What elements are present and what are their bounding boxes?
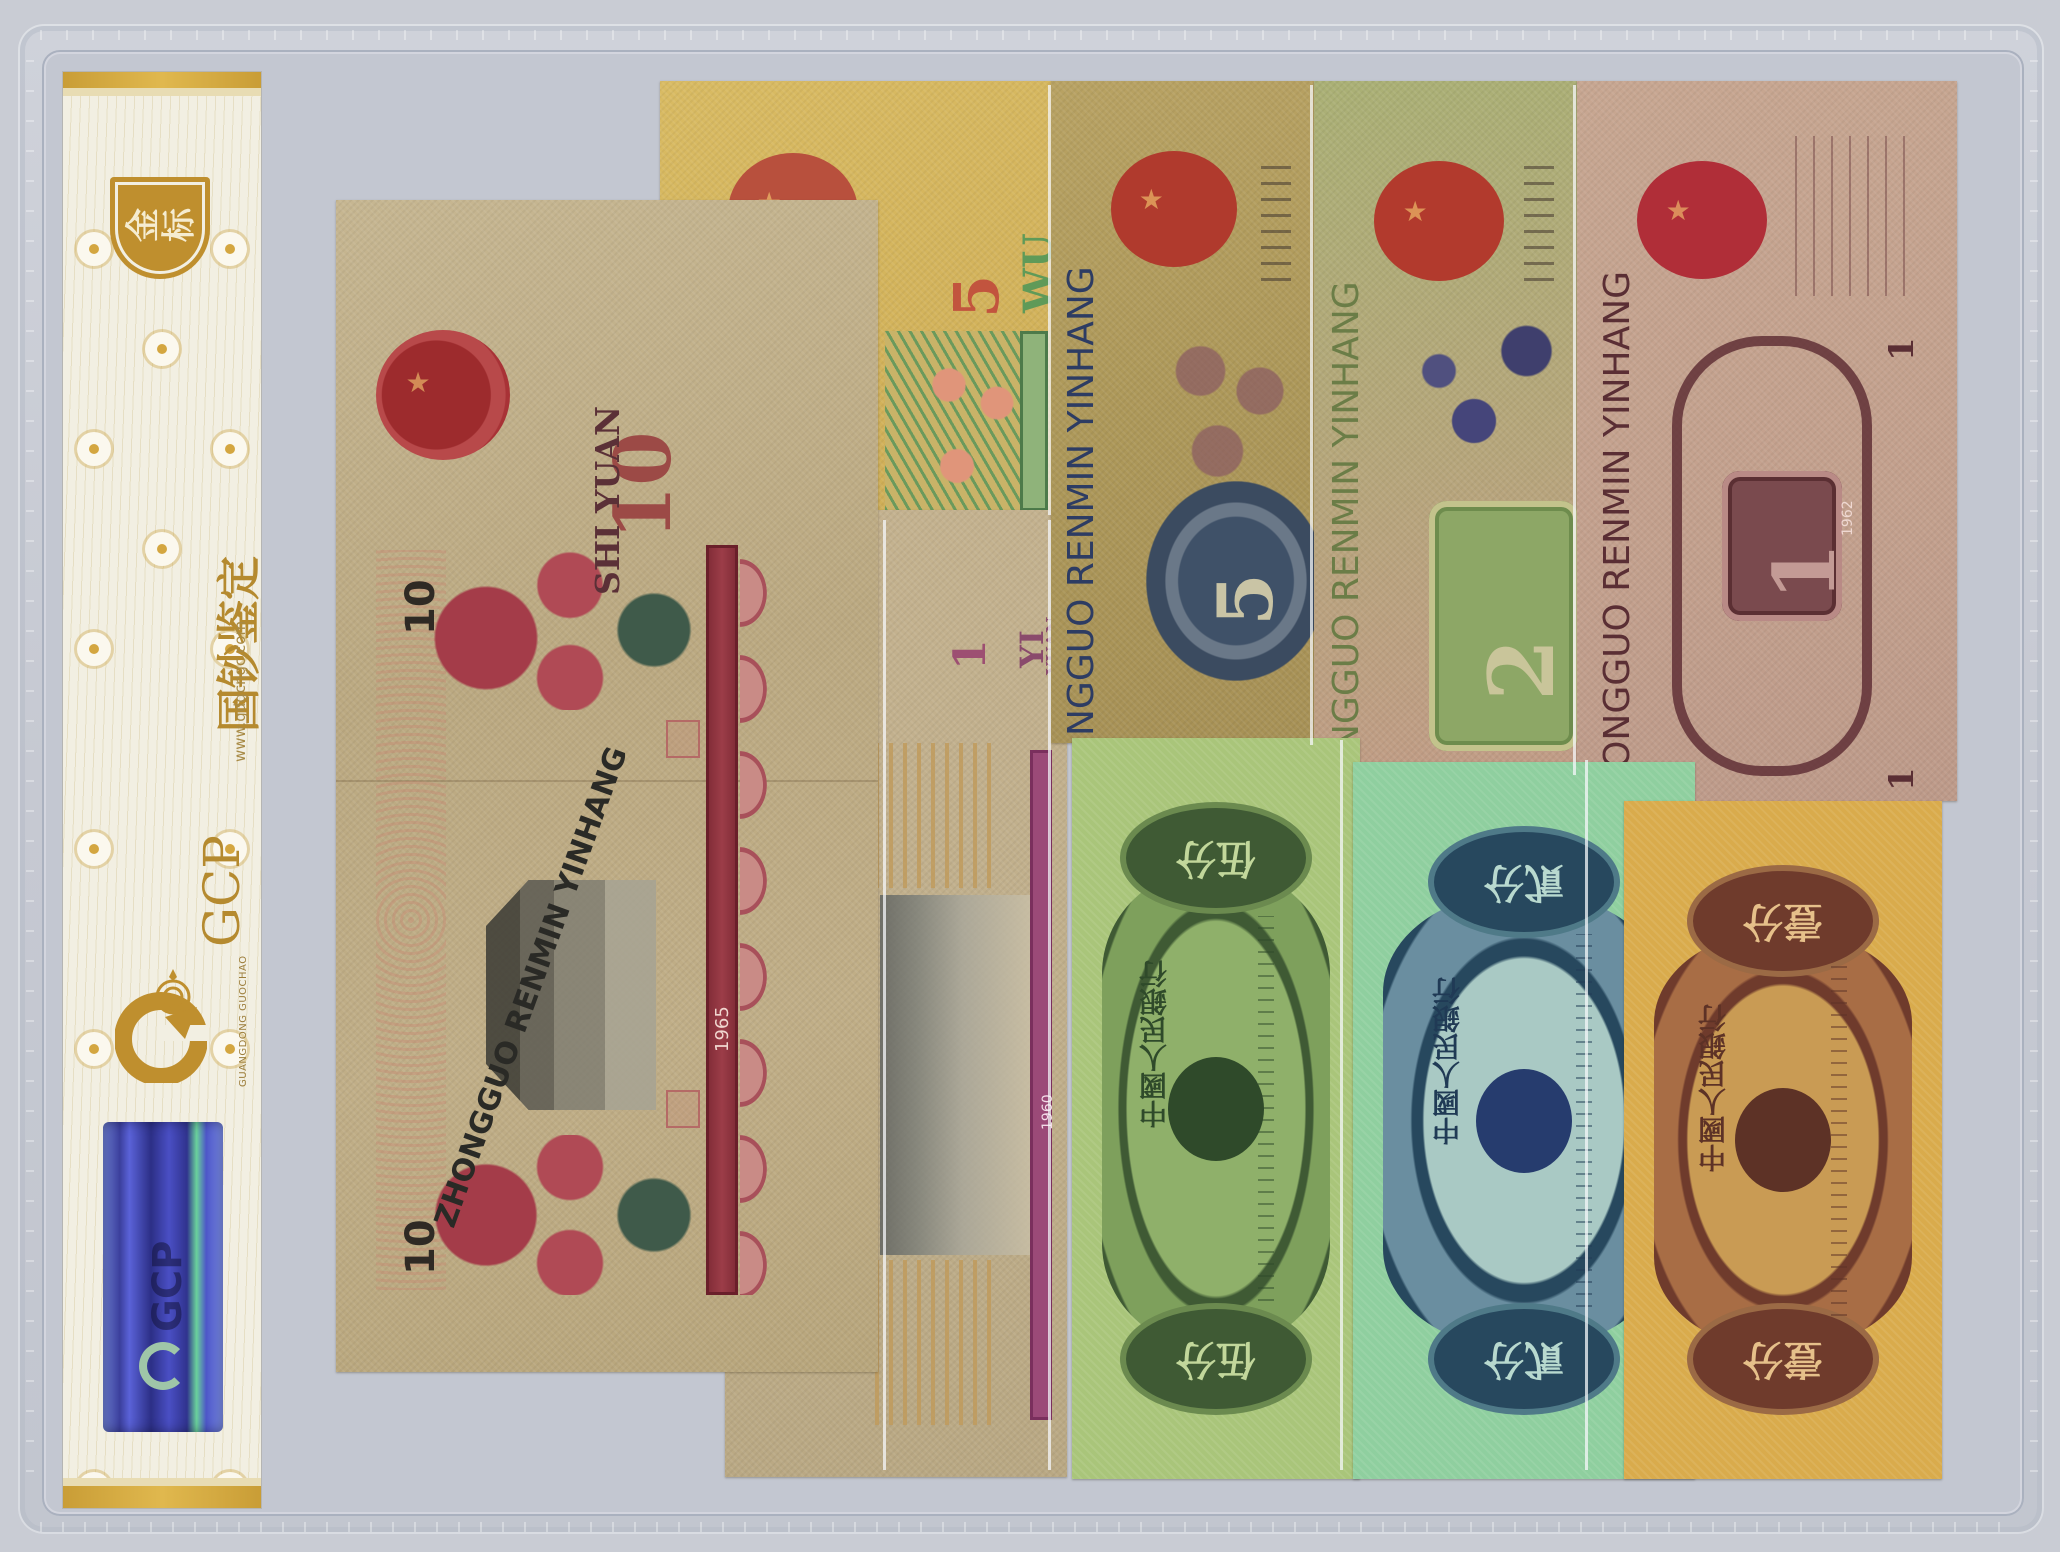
denomination-numeral: 1 xyxy=(945,639,996,670)
brand-code-text: GCP xyxy=(193,835,251,947)
bank-name: NGGUO RENMIN YINHANG xyxy=(1326,281,1367,751)
bank-name: NGGUO RENMIN YINHANG xyxy=(1061,266,1102,736)
banknote-five-jiao: 5 NGGUO RENMIN YINHANG xyxy=(1051,81,1314,743)
value-text: 伍分 xyxy=(1126,808,1306,908)
sleeve-ridge xyxy=(1573,85,1576,775)
shield-text: 金标 xyxy=(124,204,196,253)
national-emblem-icon xyxy=(1476,1069,1572,1173)
value-text: 壹分 xyxy=(1693,1309,1873,1409)
hologram-logo-icon xyxy=(139,1342,187,1390)
denomination-numeral: 5 xyxy=(940,275,1013,318)
label-gold-bar-bottom-edge xyxy=(63,1478,261,1486)
bank-name: HONGGUO RENMIN YINHANG xyxy=(1597,271,1638,796)
sleeve-ridge xyxy=(1340,740,1343,1470)
watermark-coin-icon xyxy=(77,232,111,266)
national-emblem-icon xyxy=(376,330,510,460)
banknote-five-fen: 伍分 伍分 中國人民銀行 xyxy=(1072,738,1360,1479)
banknote-one-fen: 壹分 壹分 中國人民銀行 xyxy=(1624,801,1942,1479)
vine-vignette xyxy=(1404,311,1577,511)
wheat-ornament xyxy=(875,1260,995,1425)
bank-name: 中國人民銀行 xyxy=(1135,960,1175,1128)
corner-numeral: 1 xyxy=(1882,337,1922,361)
denomination-romanized: SHI YUAN xyxy=(588,406,627,595)
denomination-numeral: 5 xyxy=(1201,573,1290,626)
value-text: 壹分 xyxy=(1693,871,1873,971)
corner-numeral: 10 xyxy=(398,1219,444,1275)
security-hologram: GCP xyxy=(103,1122,223,1432)
watermark-coin-icon xyxy=(145,532,179,566)
national-emblem-icon xyxy=(1637,161,1767,279)
national-emblem-icon xyxy=(1374,161,1504,281)
peony-vignette xyxy=(1141,301,1311,501)
seal-stamp xyxy=(666,720,700,758)
website-text: www.gdgcngc.com xyxy=(231,621,249,762)
gold-shield-icon: 金标 xyxy=(110,177,210,279)
issue-year: 1962 xyxy=(1840,500,1856,536)
border-band xyxy=(706,545,738,1295)
bank-name: 中國人民銀行 xyxy=(1428,977,1468,1145)
denomination-numeral: 1 xyxy=(1755,543,1854,601)
national-emblem-icon xyxy=(1111,151,1237,267)
gg-logo-icon xyxy=(115,967,207,1083)
watermark-coin-icon xyxy=(213,432,247,466)
minority-script xyxy=(1795,136,1905,296)
brand-sub-text: GUANGDONG GUOCHAO xyxy=(238,955,249,1087)
denomination-numeral: 2 xyxy=(1469,638,1575,701)
minority-script xyxy=(1258,916,1274,1301)
minority-script xyxy=(1831,964,1847,1317)
watermark-coin-icon xyxy=(77,1032,111,1066)
watermark-coin-icon xyxy=(77,432,111,466)
watermark-coin-icon xyxy=(77,832,111,866)
watermark-coin-icon xyxy=(213,232,247,266)
banknote-two-jiao: 2 NGGUO RENMIN YINHANG xyxy=(1314,81,1577,763)
label-gold-bar-top xyxy=(63,72,261,88)
peony-ornament xyxy=(416,550,696,710)
label-gold-bar-top-edge xyxy=(63,88,261,96)
value-cartouche: 伍分 xyxy=(1126,1309,1306,1409)
watermark-coin-icon xyxy=(77,632,111,666)
grading-label: 金标 国钞鉴定 www.gdgcngc.com GCP GUANGDONG GU… xyxy=(63,72,261,1508)
denomination-plaque xyxy=(1429,501,1577,751)
border-stripe xyxy=(1020,331,1048,511)
holder-ridge-top xyxy=(40,30,2020,40)
corner-numeral: 10 xyxy=(398,579,444,635)
hologram-text: GCP xyxy=(145,1240,191,1332)
sleeve-ridge xyxy=(1585,760,1588,1470)
banknote-ten-yuan: 10 SHI YUAN 10 10 ZHONGGUO RENMIN YINHAN… xyxy=(336,200,878,1372)
sleeve-ridge xyxy=(1048,85,1051,515)
corner-numeral: 1 xyxy=(1882,767,1922,791)
label-gold-bar-bottom xyxy=(63,1486,261,1508)
minority-script xyxy=(1524,161,1554,281)
value-cartouche: 伍分 xyxy=(1126,808,1306,908)
watermark-coin-icon xyxy=(145,332,179,366)
issue-year: 1965 xyxy=(712,1006,733,1052)
minority-script xyxy=(1261,161,1291,281)
national-emblem-icon xyxy=(1735,1088,1831,1192)
holder-ridge-bottom xyxy=(40,1522,2020,1532)
value-text: 伍分 xyxy=(1126,1309,1306,1409)
value-cartouche: 壹分 xyxy=(1693,1309,1873,1409)
sleeve-ridge xyxy=(883,520,886,1470)
seal-stamp xyxy=(666,1090,700,1128)
national-emblem-icon xyxy=(1168,1057,1264,1161)
holder-ridge-left xyxy=(26,60,34,1500)
banknote-one-jiao: 1 1962 HONGGUO RENMIN YINHANG 1 1 xyxy=(1577,81,1957,801)
scallop-border xyxy=(740,545,816,1295)
sleeve-ridge xyxy=(1310,85,1313,745)
sleeve-ridge xyxy=(1048,520,1051,1470)
denomination-romanized: WU xyxy=(1015,233,1052,313)
holder-ridge-right xyxy=(2030,60,2038,1500)
sheep-pasture-vignette xyxy=(880,895,1030,1255)
wheat-ornament xyxy=(875,743,995,888)
value-cartouche: 壹分 xyxy=(1693,871,1873,971)
bank-name: 中國人民銀行 xyxy=(1694,1004,1734,1172)
